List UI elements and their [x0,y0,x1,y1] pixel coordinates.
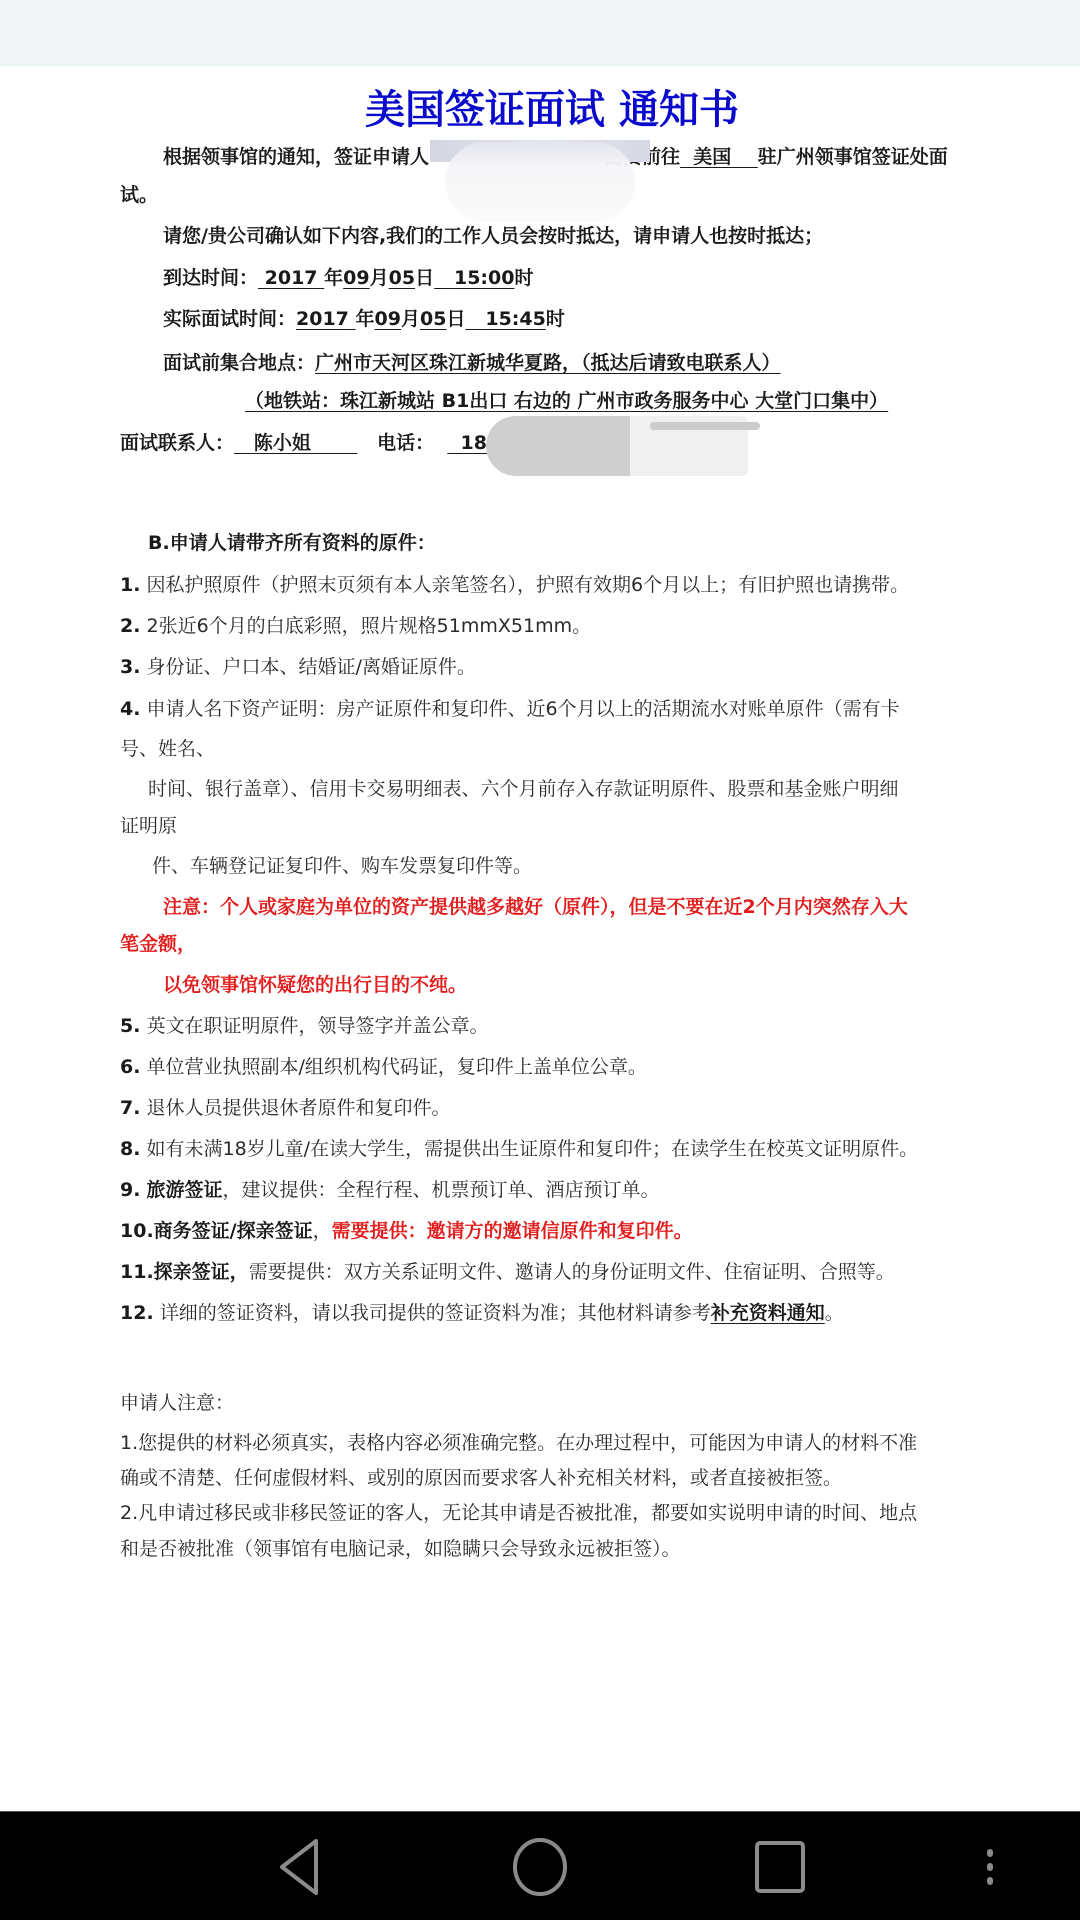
notes-title: 申请人注意： [120,1390,234,1416]
meeting-metro: （地铁站：珠江新城站 B1出口 右边的 广州市政务服务中心 大堂门口集中） [245,388,888,414]
document-title: 美国签证面试 通知书 [0,78,1080,135]
phone-value: 18 [447,432,487,454]
system-navigation-bar [0,1811,1080,1920]
meeting-label: 面试前集合地点： [163,352,315,374]
warning-line-1: 注意：个人或家庭为单位的资产提供越多越好（原件），但是不要在近2个月内突然存入大 [163,894,908,920]
redacted-name-blur [445,142,635,222]
note-2-line-1: 2.凡申请过移民或非移民签证的客人，无论其申请是否被批准，都要如实说明申请的时间… [120,1500,917,1526]
supplement-link[interactable]: 补充资料通知 [711,1302,825,1324]
more-icon [984,1847,996,1887]
redacted-phone-tail [650,422,760,430]
arrival-label: 到达时间： [163,267,258,289]
confirm-line: 请您/贵公司确认如下内容,我们的工作人员会按时抵达，请申请人也按时抵达； [163,223,823,249]
interview-day: 05 [420,308,446,330]
item-4-wrap-4: 件、车辆登记证复印件、购车发票复印件等。 [152,853,532,879]
interview-time-line: 实际面试时间：2017 年09月05日 15:45时 [163,306,565,332]
intro-prefix: 根据领事馆的通知，签证申请人 [163,146,429,168]
intro-wrap: 试。 [120,182,158,208]
recents-icon [753,1839,807,1895]
warning-line-3: 以免领事馆怀疑您的出行目的不纯。 [163,972,467,998]
back-button[interactable] [260,1812,340,1920]
item-4-wrap-3: 证明原 [120,813,177,839]
item-3: 3. 身份证、户口本、结婚证/离婚证原件。 [120,654,476,680]
item-8: 8. 如有未满18岁儿童/在读大学生，需提供出生证原件和复印件；在读学生在校英文… [120,1136,918,1162]
note-1-line-2: 确或不清楚、任何虚假材料、或别的原因而要求客人补充相关材料，或者直接被拒签。 [120,1465,842,1491]
arrival-clock: 15:00 [434,267,514,289]
home-button[interactable] [500,1812,580,1920]
note-1-line-1: 1.您提供的材料必须真实，表格内容必须准确完整。在办理过程中，可能因为申请人的材… [120,1430,917,1456]
arrival-year: 2017 [258,267,324,289]
item-5: 5. 英文在职证明原件，领导签字并盖公章。 [120,1013,489,1039]
note-2-line-2: 和是否被批准（领事馆有电脑记录，如隐瞒只会导致永远被拒签）。 [120,1536,681,1562]
more-options-button[interactable] [960,1812,1020,1920]
item-7: 7. 退休人员提供退休者原件和复印件。 [120,1095,451,1121]
back-icon [274,1837,326,1897]
recents-button[interactable] [740,1812,820,1920]
contact-line: 面试联系人： 陈小姐 电话： 18 [120,430,487,456]
top-status-area [0,0,1080,66]
meeting-address: 广州市天河区珠江新城华夏路，（抵达后请致电联系人） [315,352,781,374]
warning-line-2: 笔金额， [120,931,196,957]
interview-month: 09 [375,308,401,330]
item-12: 12. 详细的签证资料，请以我司提供的签证资料为准；其他材料请参考补充资料通知。 [120,1300,844,1326]
contact-name: 陈小姐 [234,432,357,454]
item-1: 1. 因私护照原件（护照末页须有本人亲笔签名），护照有效期6个月以上；有旧护照也… [120,572,909,598]
contact-label: 面试联系人： [120,432,234,454]
item-9: 9. 旅游签证，建议提供：全程行程、机票预订单、酒店预订单。 [120,1177,660,1203]
interview-year: 2017 [296,308,356,330]
arrival-time-line: 到达时间： 2017 年09月05日 15:00时 [163,265,533,291]
arrival-day: 05 [389,267,415,289]
item-10: 10.商务签证/探亲签证，需要提供：邀请方的邀请信原件和复印件。 [120,1218,693,1244]
interview-label: 实际面试时间： [163,308,296,330]
item-4-wrap-1: 号、姓名、 [120,736,215,762]
item-2: 2. 2张近6个月的白底彩照，照片规格51mmX51mm。 [120,613,591,639]
section-b-title: B.申请人请带齐所有资料的原件： [148,530,436,556]
item-11: 11.探亲签证，需要提供：双方关系证明文件、邀请人的身份证明文件、住宿证明、合照… [120,1259,895,1285]
interview-clock: 15:45 [465,308,545,330]
meeting-point-line: 面试前集合地点：广州市天河区珠江新城华夏路，（抵达后请致电联系人） [163,350,781,376]
phone-label: 电话： [377,432,434,454]
document-page[interactable]: 美国签证面试 通知书 根据领事馆的通知，签证申请人需要前往 美国 驻广州领事馆签… [0,70,1080,1810]
arrival-month: 09 [343,267,369,289]
intro-country: 美国 [680,146,758,168]
item-4: 4. 申请人名下资产证明：房产证原件和复印件、近6个月以上的活期流水对账单原件（… [120,696,900,722]
item-6: 6. 单位营业执照副本/组织机构代码证，复印件上盖单位公章。 [120,1054,647,1080]
home-icon [510,1837,570,1897]
item-4-wrap-2: 时间、银行盖章）、信用卡交易明细表、六个月前存入存款证明原件、股票和基金账户明细 [148,776,899,802]
intro-suffix: 驻广州领事馆签证处面 [758,146,948,168]
